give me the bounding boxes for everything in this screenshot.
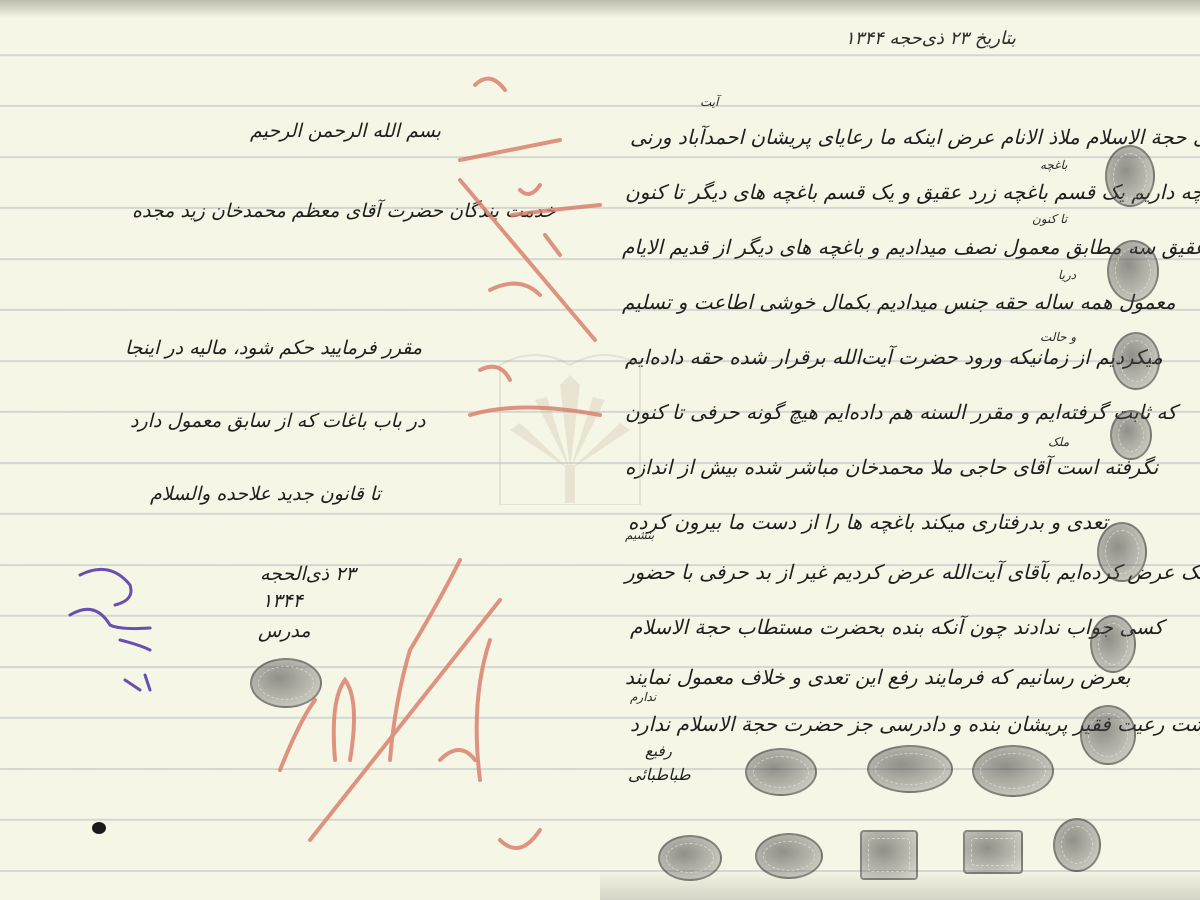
margin-note: بنشیم bbox=[625, 528, 654, 542]
address-line: خدمت بندگان حضرت آقای معظم محمدخان زید م… bbox=[132, 200, 556, 222]
body-line: نگرفته است آقای حاجی ملا محمدخان مباشر ش… bbox=[625, 455, 1158, 479]
body-line: معمول همه ساله حقه جنس میدادیم بکمال خوش… bbox=[622, 290, 1176, 314]
seal-stamp bbox=[867, 745, 953, 793]
seal-stamp bbox=[745, 748, 817, 796]
seal-stamp bbox=[1112, 332, 1160, 390]
margin-note: ملک bbox=[1048, 435, 1069, 449]
date-line-1: ۲۳ ذی‌الحجه bbox=[260, 563, 356, 585]
instruction-line-2: در باب باغات که از سابق معمول دارد bbox=[130, 410, 425, 432]
seal-stamp bbox=[963, 830, 1023, 874]
margin-note: و حالت bbox=[1040, 330, 1076, 344]
body-line: کسی جواب ندادند چون آنکه بنده بحضرت مستط… bbox=[630, 615, 1163, 639]
instruction-line-3: تا قانون جدید علاحده والسلام bbox=[150, 483, 381, 505]
instruction-line-1: مقرر فرمایید حکم شود، مالیه در اینجا bbox=[125, 337, 422, 359]
seal-stamp bbox=[658, 835, 722, 881]
margin-note: دریا bbox=[1058, 268, 1076, 282]
seal-stamp bbox=[972, 745, 1054, 797]
closing-label: رفیع bbox=[645, 742, 672, 760]
seal-stamp bbox=[250, 658, 322, 708]
seal-stamp bbox=[1107, 240, 1159, 302]
archive-watermark-icon bbox=[495, 345, 645, 505]
invocation: بسم الله الرحمن الرحیم bbox=[250, 120, 441, 142]
seal-stamp bbox=[860, 830, 918, 880]
seal-stamp bbox=[755, 833, 823, 879]
seal-stamp bbox=[1105, 145, 1155, 207]
date-line-2: ۱۳۴۴ bbox=[262, 590, 303, 612]
body-line: میکردیم از زمانیکه ورود حضرت آیت‌الله بر… bbox=[625, 345, 1163, 369]
signature-modarres: مدرس bbox=[258, 620, 311, 642]
document-page: بتاریخ ۲۳ ذی‌حجه ۱۳۴۴ بسم الله الرحمن ال… bbox=[0, 0, 1200, 900]
margin-note: باغچه bbox=[1040, 158, 1067, 172]
body-line: آقای حجة الاسلام ملاذ الانام عرض اینکه م… bbox=[630, 125, 1200, 149]
seal-stamp bbox=[1080, 705, 1136, 765]
header-date: بتاریخ ۲۳ ذی‌حجه ۱۳۴۴ bbox=[845, 28, 1016, 49]
ink-blot bbox=[92, 822, 106, 834]
closing-name: طباطبائی bbox=[628, 765, 691, 784]
margin-note: آیت bbox=[700, 95, 718, 109]
body-line: که ثابت گرفته‌ایم و مقرر السنه هم داده‌ا… bbox=[625, 400, 1177, 424]
body-line: بعرض رسانیم که فرمایند رفع این تعدی و خل… bbox=[625, 665, 1131, 689]
seal-stamp bbox=[1090, 615, 1136, 673]
seal-stamp bbox=[1110, 410, 1152, 460]
seal-stamp bbox=[1053, 818, 1101, 872]
body-line: تعدی و بدرفتاری میکند باغچه ها را از دست… bbox=[628, 510, 1108, 534]
margin-note: تا کنون bbox=[1032, 212, 1067, 226]
margin-note: ندارم bbox=[630, 690, 656, 704]
seal-stamp bbox=[1097, 522, 1147, 582]
